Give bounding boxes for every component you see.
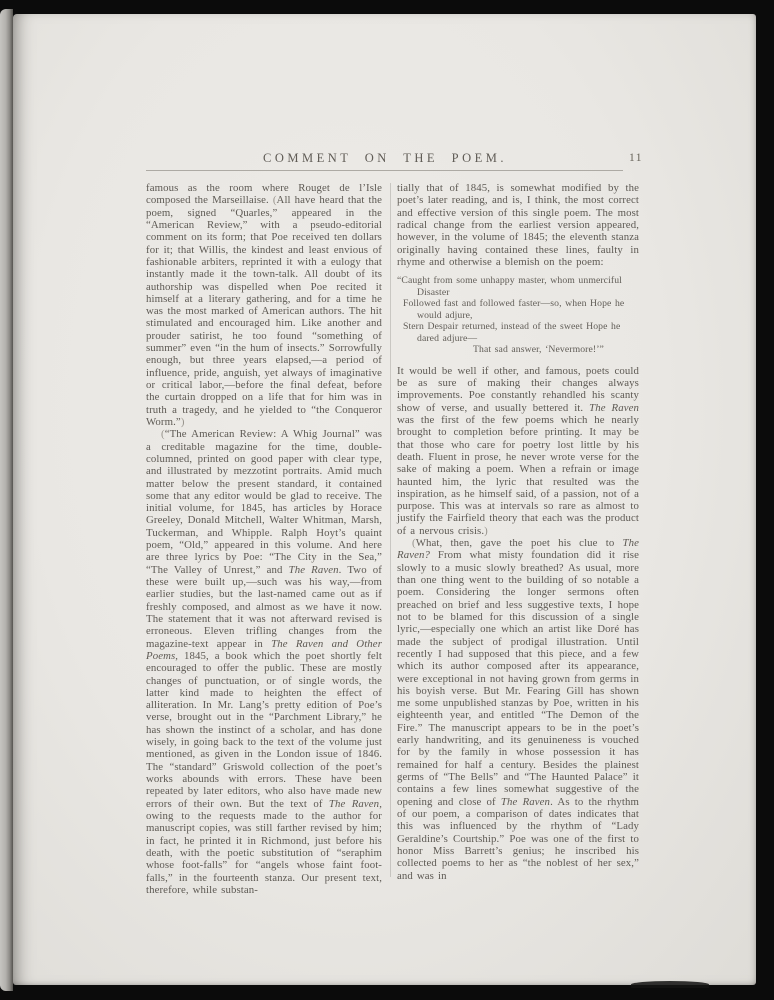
scan-smudge — [631, 981, 709, 988]
text-segment: The Raven — [289, 564, 339, 576]
verse-line: dared adjure— — [397, 333, 639, 345]
verse-line: Followed fast and followed faster—so, wh… — [397, 298, 639, 310]
verse-line: Disaster — [397, 287, 639, 299]
text-segment: The Raven — [501, 796, 550, 808]
page-title: COMMENT ON THE POEM. — [146, 151, 624, 166]
text-segment: , owing to the requests made to the auth… — [146, 798, 382, 896]
paragraph-revisions: It would be well if other, and famous, p… — [397, 365, 639, 537]
text-segment: was the first of the few poems which he … — [397, 414, 639, 537]
text-segment: , 1845, a book which the poet shortly fe… — [146, 650, 382, 810]
text-segment: What, then, gave the poet his clue to — [416, 537, 623, 549]
pencil-annotation: ) — [484, 525, 488, 537]
paragraph-text-version: tially that of 1845, is somewhat modifie… — [397, 182, 639, 268]
text-segment: All have heard that the poem, signed “Qu… — [146, 194, 382, 428]
text-segment: The Raven — [329, 798, 379, 810]
left-column: famous as the room where Rouget de l’Isl… — [146, 182, 382, 896]
verse-quotation: “Caught from some unhappy master, whom u… — [397, 275, 639, 356]
header-rule — [146, 170, 623, 171]
book-page: COMMENT ON THE POEM. 11 famous as the ro… — [13, 14, 756, 985]
paragraph-american-review: (“The American Review: A Whig Journal” w… — [146, 428, 382, 896]
pencil-annotation: ) — [181, 416, 185, 428]
right-column: tially that of 1845, is somewhat modifie… — [397, 182, 639, 882]
verse-line: “Caught from some unhappy master, whom u… — [397, 275, 639, 287]
paragraph-clue-to-raven: (What, then, gave the poet his clue to T… — [397, 537, 639, 882]
text-segment: . As to the rhythm of our poem, a compar… — [397, 796, 639, 882]
verse-line: That sad answer, ‘Nevermore!’” — [397, 344, 639, 356]
verse-line: would adjure, — [397, 310, 639, 322]
book-spine-edge — [0, 9, 13, 991]
column-divider-rule — [390, 183, 391, 877]
text-segment: “The American Review: A Whig Journal” wa… — [146, 428, 382, 575]
text-segment: The Raven — [589, 402, 639, 414]
paragraph-continued: famous as the room where Rouget de l’Isl… — [146, 182, 382, 428]
text-segment: From what misty foundation did it rise s… — [397, 549, 639, 807]
verse-line: Stern Despair returned, instead of the s… — [397, 321, 639, 333]
page-number: 11 — [619, 152, 653, 164]
text-segment: tially that of 1845, is somewhat modifie… — [397, 182, 639, 268]
